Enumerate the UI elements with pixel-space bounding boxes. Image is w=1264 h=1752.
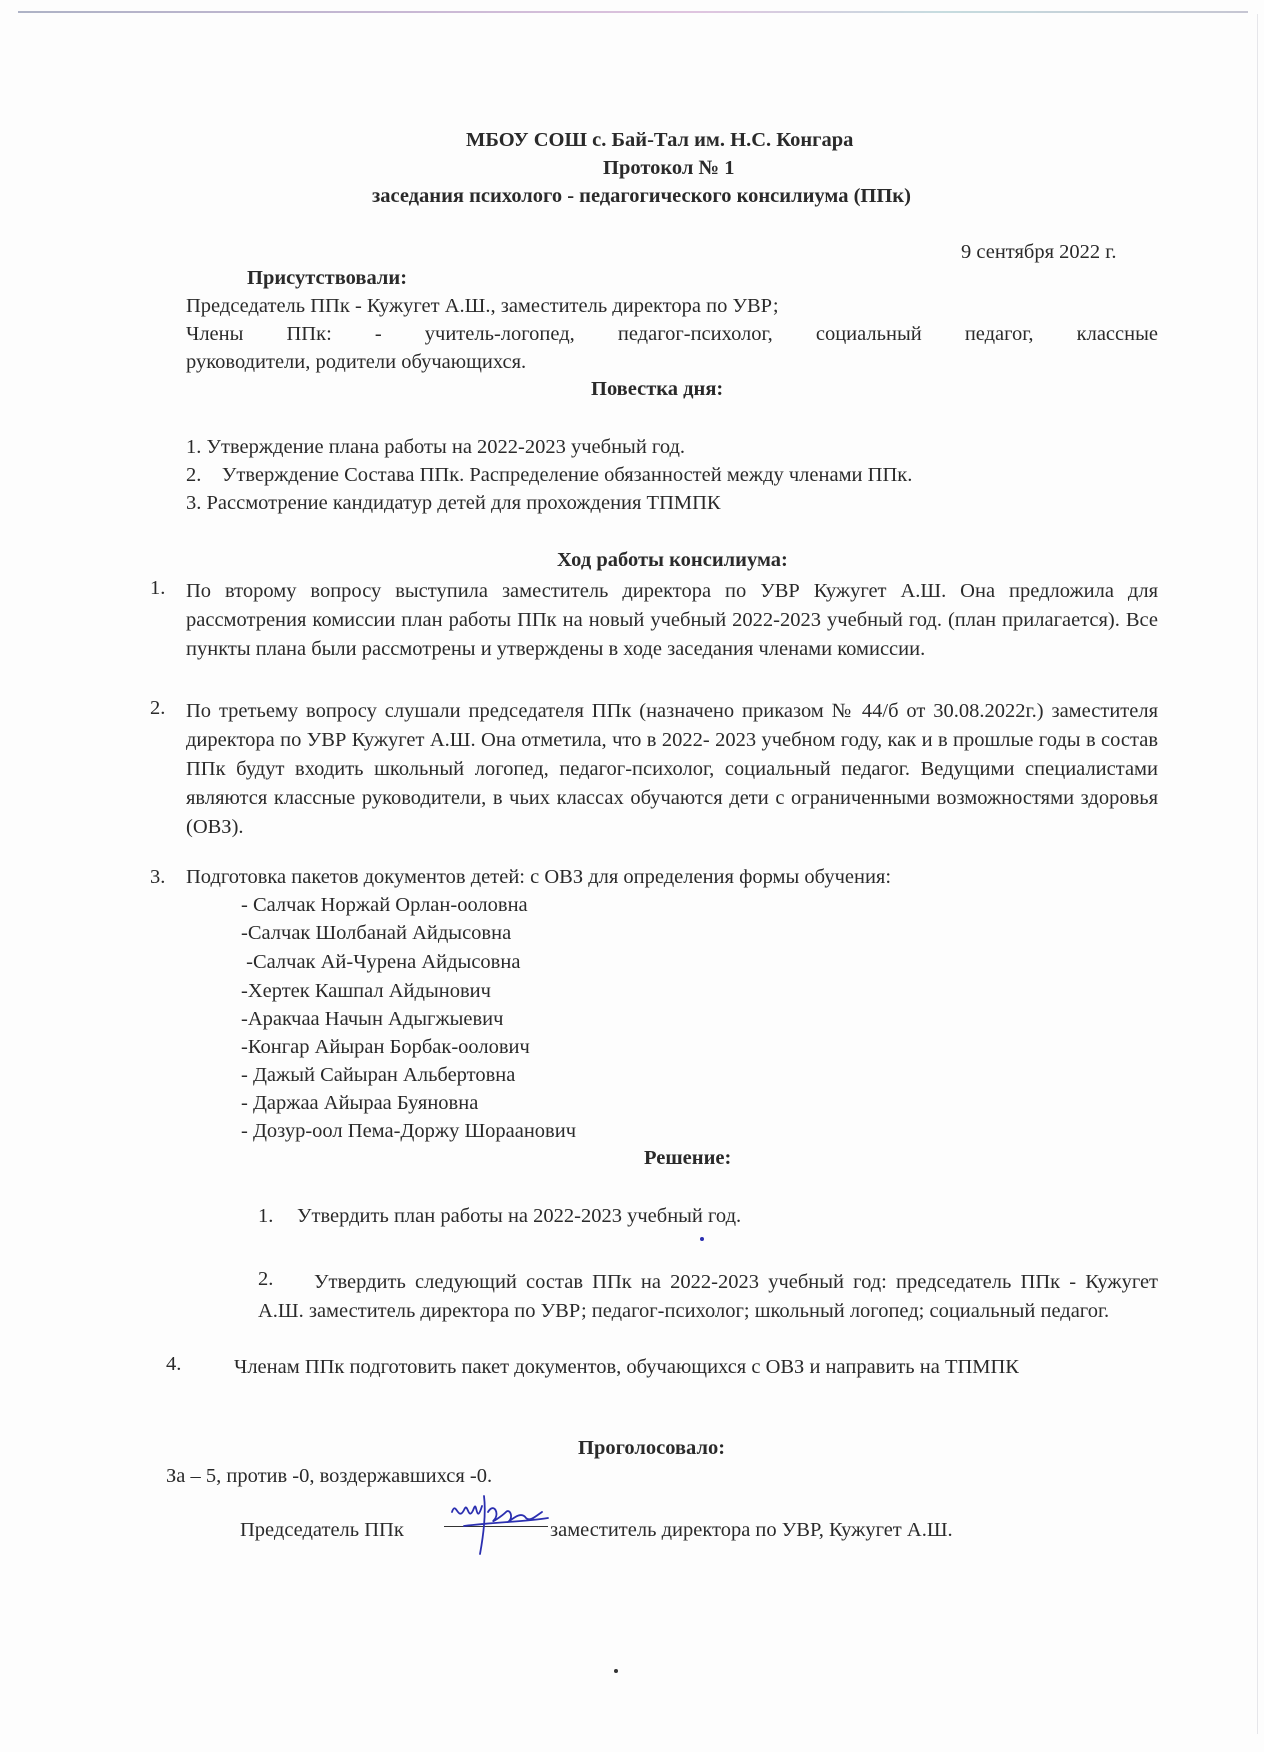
agenda-heading: Повестка дня:	[591, 378, 723, 401]
proceedings-item-2-number: 2.	[150, 697, 165, 720]
line: логопед; социальный педагог.	[850, 1300, 1109, 1322]
child-5: -Аракчаа Начын Адыгжыевич	[241, 1008, 503, 1031]
proceedings-item-2: По третьему вопросу слушали председателя…	[186, 697, 1158, 842]
agenda-item-3: 3. Рассмотрение кандидатур детей для про…	[186, 492, 721, 515]
attendance-chair: Председатель ППк - Кужугет А.Ш., замести…	[186, 295, 779, 318]
line: Утвердить следующий состав ППк на 2022-2…	[314, 1271, 1011, 1293]
line: (ОВЗ).	[186, 816, 244, 838]
line: руководители, в чьих классах обучаются д…	[362, 787, 1158, 809]
word: педагог-психолог,	[618, 323, 773, 346]
word: ППк:	[287, 323, 332, 346]
child-4: -Хертек Кашпал Айдынович	[241, 980, 491, 1003]
child-7: - Дажый Сайыран Альбертовна	[241, 1064, 515, 1087]
decision-heading: Решение:	[644, 1147, 731, 1170]
line: ходе заседания членами комиссии.	[623, 638, 925, 660]
scan-speck	[614, 1669, 618, 1673]
proceedings-item-3-number: 3.	[150, 866, 165, 889]
line: Членам ППк подготовить пакет документов,…	[234, 1356, 940, 1378]
child-3: -Салчак Ай-Чурена Айдысовна	[241, 951, 520, 974]
proceedings-item-1-number: 1.	[150, 577, 165, 600]
attendance-heading: Присутствовали:	[247, 267, 407, 290]
proceedings-heading: Ход работы консилиума:	[557, 549, 788, 572]
decision-item-1-number: 1.	[258, 1205, 273, 1228]
line: ТПМПК	[945, 1356, 1019, 1378]
child-8: - Даржаа Айыраа Буяновна	[241, 1092, 478, 1115]
child-2: -Салчак Шолбанай Айдысовна	[241, 922, 511, 945]
word: педагог,	[965, 323, 1034, 346]
decision-item-2: Утвердить следующий состав ППк на 2022-2…	[258, 1268, 1158, 1326]
word: социальный	[816, 323, 922, 346]
agenda-item-1: 1. Утверждение плана работы на 2022-2023…	[186, 436, 685, 459]
line: По третьему вопросу слушали председателя…	[186, 700, 925, 722]
attendance-members-line2: руководители, родители обучающихся.	[186, 351, 526, 374]
ink-dot	[700, 1237, 704, 1241]
word: учитель-логопед,	[425, 323, 575, 346]
proceedings-item-3: Подготовка пакетов документов детей: с О…	[186, 866, 891, 889]
proceedings-item-1: По второму вопросу выступила заместитель…	[186, 577, 1158, 664]
agenda-item-2: 2. Утверждение Состава ППк. Распределени…	[186, 464, 912, 487]
protocol-subtitle: заседания психолого - педагогического ко…	[372, 185, 911, 208]
child-1: - Салчак Норжай Орлан-ооловна	[241, 894, 528, 917]
protocol-title: Протокол № 1	[603, 157, 735, 180]
line: По второму вопросу выступила заместитель…	[186, 580, 995, 602]
signature-suffix: заместитель директора по УВР, Кужугет А.…	[550, 1519, 953, 1542]
vote-heading: Проголосовало:	[578, 1437, 725, 1460]
word: Члены	[186, 323, 243, 346]
org-name: МБОУ СОШ с. Бай-Тал им. Н.С. Конгара	[466, 129, 853, 152]
protocol-date: 9 сентября 2022 г.	[961, 241, 1117, 264]
word: классные	[1077, 323, 1158, 346]
signature-prefix: Председатель ППк	[240, 1519, 404, 1542]
child-6: -Конгар Айыран Борбак-оолович	[241, 1036, 530, 1059]
child-9: - Дозур-оол Пема-Доржу Шораанович	[241, 1120, 576, 1143]
word: -	[375, 323, 382, 346]
signature-line	[444, 1500, 548, 1527]
attendance-members-line1: Члены ППк: - учитель-логопед, педагог-пс…	[186, 323, 1158, 346]
signature-icon	[444, 1482, 554, 1562]
document-page: МБОУ СОШ с. Бай-Тал им. Н.С. Конгара Про…	[0, 0, 1264, 1752]
decision-item-4: Членам ППк подготовить пакет документов,…	[166, 1353, 1158, 1382]
decision-item-1: Утвердить план работы на 2022-2023 учебн…	[297, 1205, 741, 1228]
